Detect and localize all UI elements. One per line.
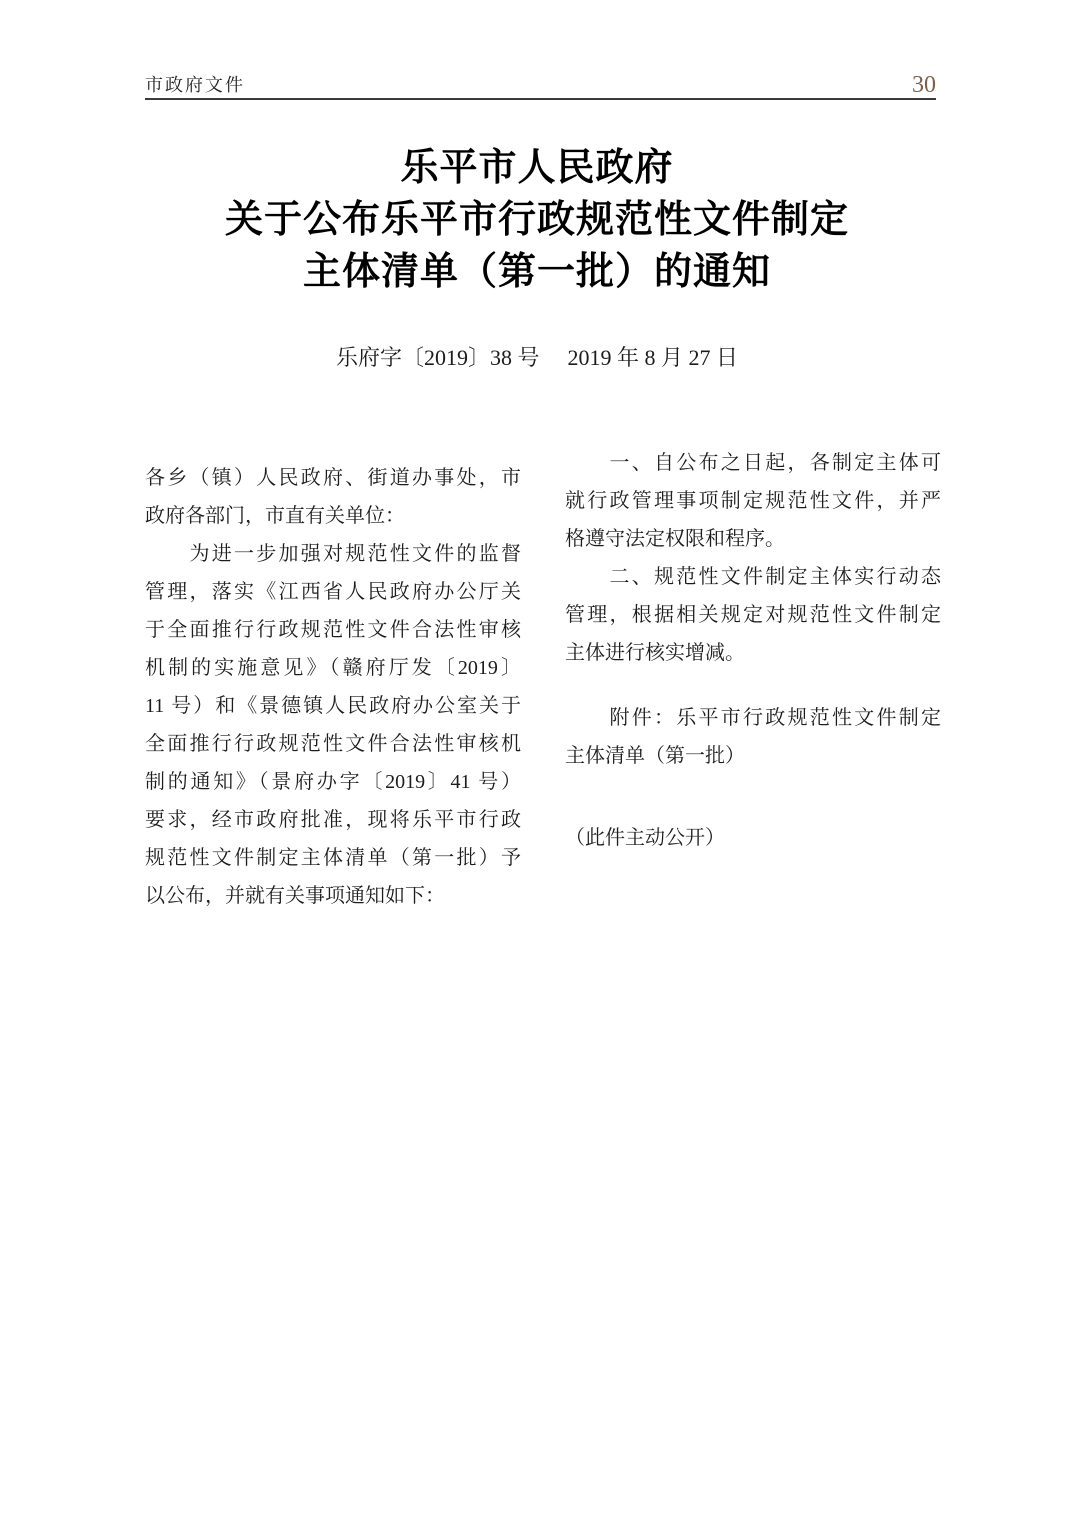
body-line: 主体进行核实增减。 bbox=[565, 634, 941, 672]
doc-number: 乐府字〔2019〕38 号 bbox=[336, 345, 540, 370]
attachment-line: 主体清单（第一批） bbox=[565, 737, 941, 775]
document-title: 乐平市人民政府 关于公布乐平市行政规范性文件制定 主体清单（第一批）的通知 bbox=[0, 142, 1074, 298]
body-line: 二、规范性文件制定主体实行动态 bbox=[565, 558, 941, 596]
title-line-1: 乐平市人民政府 bbox=[0, 142, 1074, 194]
title-line-2: 关于公布乐平市行政规范性文件制定 bbox=[0, 194, 1074, 246]
left-column: 各乡（镇）人民政府、街道办事处，市 政府各部门，市直有关单位： 为进一步加强对规… bbox=[145, 459, 521, 915]
document-page: 市政府文件 30 乐平市人民政府 关于公布乐平市行政规范性文件制定 主体清单（第… bbox=[0, 0, 1074, 1520]
body-line: 规范性文件制定主体清单（第一批）予 bbox=[145, 839, 521, 877]
header-label: 市政府文件 bbox=[145, 71, 245, 97]
disclosure-line: （此件主动公开） bbox=[565, 819, 941, 857]
page-number: 30 bbox=[912, 73, 936, 97]
body-columns: 各乡（镇）人民政府、街道办事处，市 政府各部门，市直有关单位： 为进一步加强对规… bbox=[145, 444, 941, 915]
body-line: 11 号）和《景德镇人民政府办公室关于 bbox=[145, 687, 521, 725]
title-line-3: 主体清单（第一批）的通知 bbox=[0, 246, 1074, 298]
body-line: 就行政管理事项制定规范性文件，并严 bbox=[565, 482, 941, 520]
body-line: 制的通知》（景府办字〔2019〕41 号） bbox=[145, 763, 521, 801]
body-line: 要求，经市政府批准，现将乐平市行政 bbox=[145, 801, 521, 839]
body-line: 一、自公布之日起，各制定主体可 bbox=[565, 444, 941, 482]
body-line: 政府各部门，市直有关单位： bbox=[145, 497, 521, 535]
body-line: 全面推行行政规范性文件合法性审核机 bbox=[145, 725, 521, 763]
attachment-line: 附件：乐平市行政规范性文件制定 bbox=[565, 699, 941, 737]
body-line: 为进一步加强对规范性文件的监督 bbox=[145, 535, 521, 573]
body-line: 各乡（镇）人民政府、街道办事处，市 bbox=[145, 459, 521, 497]
body-line: 以公布，并就有关事项通知如下： bbox=[145, 877, 521, 915]
right-column: 一、自公布之日起，各制定主体可 就行政管理事项制定规范性文件，并严 格遵守法定权… bbox=[565, 444, 941, 915]
body-line: 格遵守法定权限和程序。 bbox=[565, 520, 941, 558]
body-line: 机制的实施意见》（赣府厅发〔2019〕 bbox=[145, 649, 521, 687]
doc-number-line: 乐府字〔2019〕38 号2019 年 8 月 27 日 bbox=[0, 342, 1074, 374]
doc-date: 2019 年 8 月 27 日 bbox=[568, 345, 739, 370]
body-line: 于全面推行行政规范性文件合法性审核 bbox=[145, 611, 521, 649]
page-header: 市政府文件 30 bbox=[145, 64, 936, 100]
body-line: 管理，落实《江西省人民政府办公厅关 bbox=[145, 573, 521, 611]
body-line: 管理，根据相关规定对规范性文件制定 bbox=[565, 596, 941, 634]
